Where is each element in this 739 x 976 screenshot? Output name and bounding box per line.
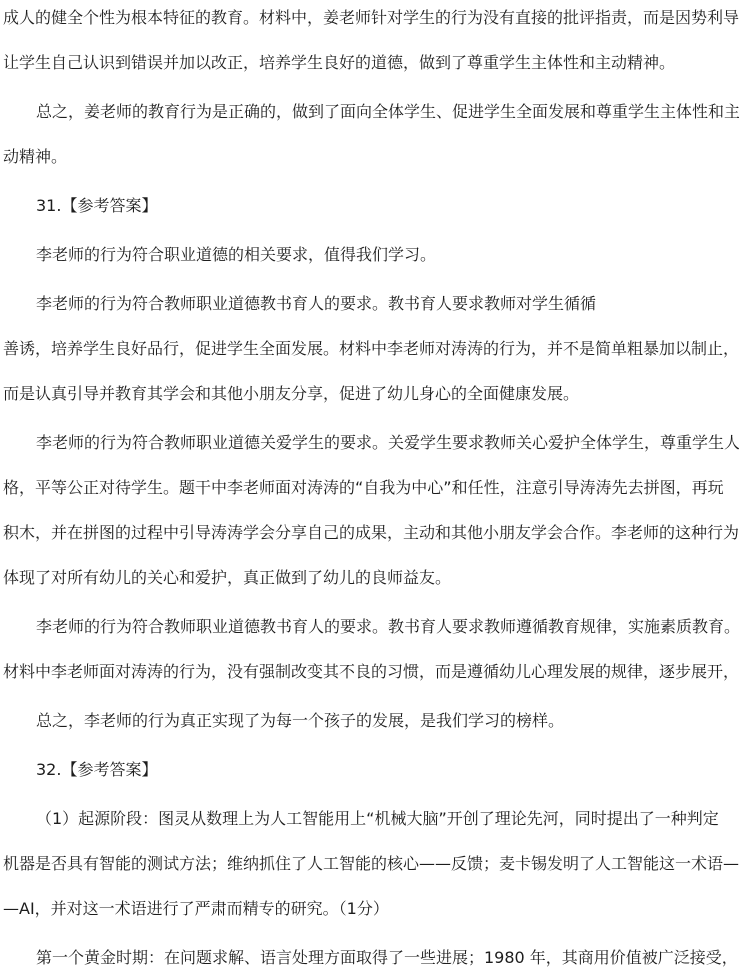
- text-line: 第一个黄金时期：在问题求解、语言处理方面取得了一些进展；1980 年，其商用价值…: [3, 935, 739, 976]
- text-line: 善诱，培养学生良好品行，促进学生全面发展。材料中李老师对涛涛的行为，并不是简单粗…: [3, 326, 739, 371]
- paragraph-li-teacher-summary: 总之，李老师的行为真正实现了为每一个孩子的发展，是我们学习的榜样。: [3, 698, 739, 743]
- text-line: 材料中李老师面对涛涛的行为，没有强制改变其不良的习惯，而是遵循幼儿心理发展的规律…: [3, 649, 739, 694]
- paragraph-li-teacher-guanai-xuesheng: 李老师的行为符合教师职业道德关爱学生的要求。关爱学生要求教师关心爱护全体学生，尊…: [3, 420, 739, 600]
- paragraph-ai-origin-stage: （1）起源阶段：图灵从数理上为人工智能用上“机械大脑”开创了理论先河，同时提出了…: [3, 796, 739, 931]
- text-line: 格，平等公正对待学生。题干中李老师面对涛涛的“自我为中心”和任性，注意引导涛涛先…: [3, 465, 739, 510]
- text-line: 成人的健全个性为根本特征的教育。材料中，姜老师针对学生的行为没有直接的批评指责，…: [3, 0, 739, 40]
- paragraph-li-teacher-jiaoshuyuren-2: 李老师的行为符合教师职业道德教书育人的要求。教书育人要求教师遵循教育规律，实施素…: [3, 604, 739, 694]
- paragraph-li-teacher-jiaoshuyuren: 李老师的行为符合教师职业道德教书育人的要求。教书育人要求教师对学生循循 善诱，培…: [3, 281, 739, 416]
- paragraph-li-teacher-intro: 李老师的行为符合职业道德的相关要求，值得我们学习。: [3, 232, 739, 277]
- answer-heading: 31.【参考答案】: [3, 183, 739, 228]
- answer-heading: 32.【参考答案】: [3, 747, 739, 792]
- heading-answer-31: 31.【参考答案】: [3, 183, 739, 228]
- text-line: 李老师的行为符合职业道德的相关要求，值得我们学习。: [3, 232, 739, 277]
- text-line: 积木，并在拼图的过程中引导涛涛学会分享自己的成果，主动和其他小朋友学会合作。李老…: [3, 510, 739, 555]
- paragraph-jiang-teacher-summary: 总之，姜老师的教育行为是正确的，做到了面向全体学生、促进学生全面发展和尊重学生主…: [3, 89, 739, 179]
- text-line: 总之，姜老师的教育行为是正确的，做到了面向全体学生、促进学生全面发展和尊重学生主…: [3, 89, 739, 134]
- heading-answer-32: 32.【参考答案】: [3, 747, 739, 792]
- paragraph-ai-first-golden-age: 第一个黄金时期：在问题求解、语言处理方面取得了一些进展；1980 年，其商用价值…: [3, 935, 739, 976]
- text-line: （1）起源阶段：图灵从数理上为人工智能用上“机械大脑”开创了理论先河，同时提出了…: [3, 796, 739, 841]
- text-line: 机器是否具有智能的测试方法；维纳抓住了人工智能的核心——反馈；麦卡锡发明了人工智…: [3, 841, 739, 886]
- text-line: 李老师的行为符合教师职业道德教书育人的要求。教书育人要求教师对学生循循: [3, 281, 739, 326]
- paragraph-jiang-teacher-analysis-continuation: 成人的健全个性为根本特征的教育。材料中，姜老师针对学生的行为没有直接的批评指责，…: [3, 0, 739, 85]
- text-line: 让学生自己认识到错误并加以改正，培养学生良好的道德，做到了尊重学生主体性和主动精…: [3, 40, 739, 85]
- text-line: 李老师的行为符合教师职业道德关爱学生的要求。关爱学生要求教师关心爱护全体学生，尊…: [3, 420, 739, 465]
- text-line: 总之，李老师的行为真正实现了为每一个孩子的发展，是我们学习的榜样。: [3, 698, 739, 743]
- text-line: 动精神。: [3, 134, 739, 179]
- text-line: 体现了对所有幼儿的关心和爱护，真正做到了幼儿的良师益友。: [3, 555, 739, 600]
- text-line: 而是认真引导并教育其学会和其他小朋友分享，促进了幼儿身心的全面健康发展。: [3, 371, 739, 416]
- text-line: 李老师的行为符合教师职业道德教书育人的要求。教书育人要求教师遵循教育规律，实施素…: [3, 604, 739, 649]
- text-line: —AI，并对这一术语进行了严肃而精专的研究。（1分）: [3, 886, 739, 931]
- reference-answer-page: 成人的健全个性为根本特征的教育。材料中，姜老师针对学生的行为没有直接的批评指责，…: [0, 0, 739, 971]
